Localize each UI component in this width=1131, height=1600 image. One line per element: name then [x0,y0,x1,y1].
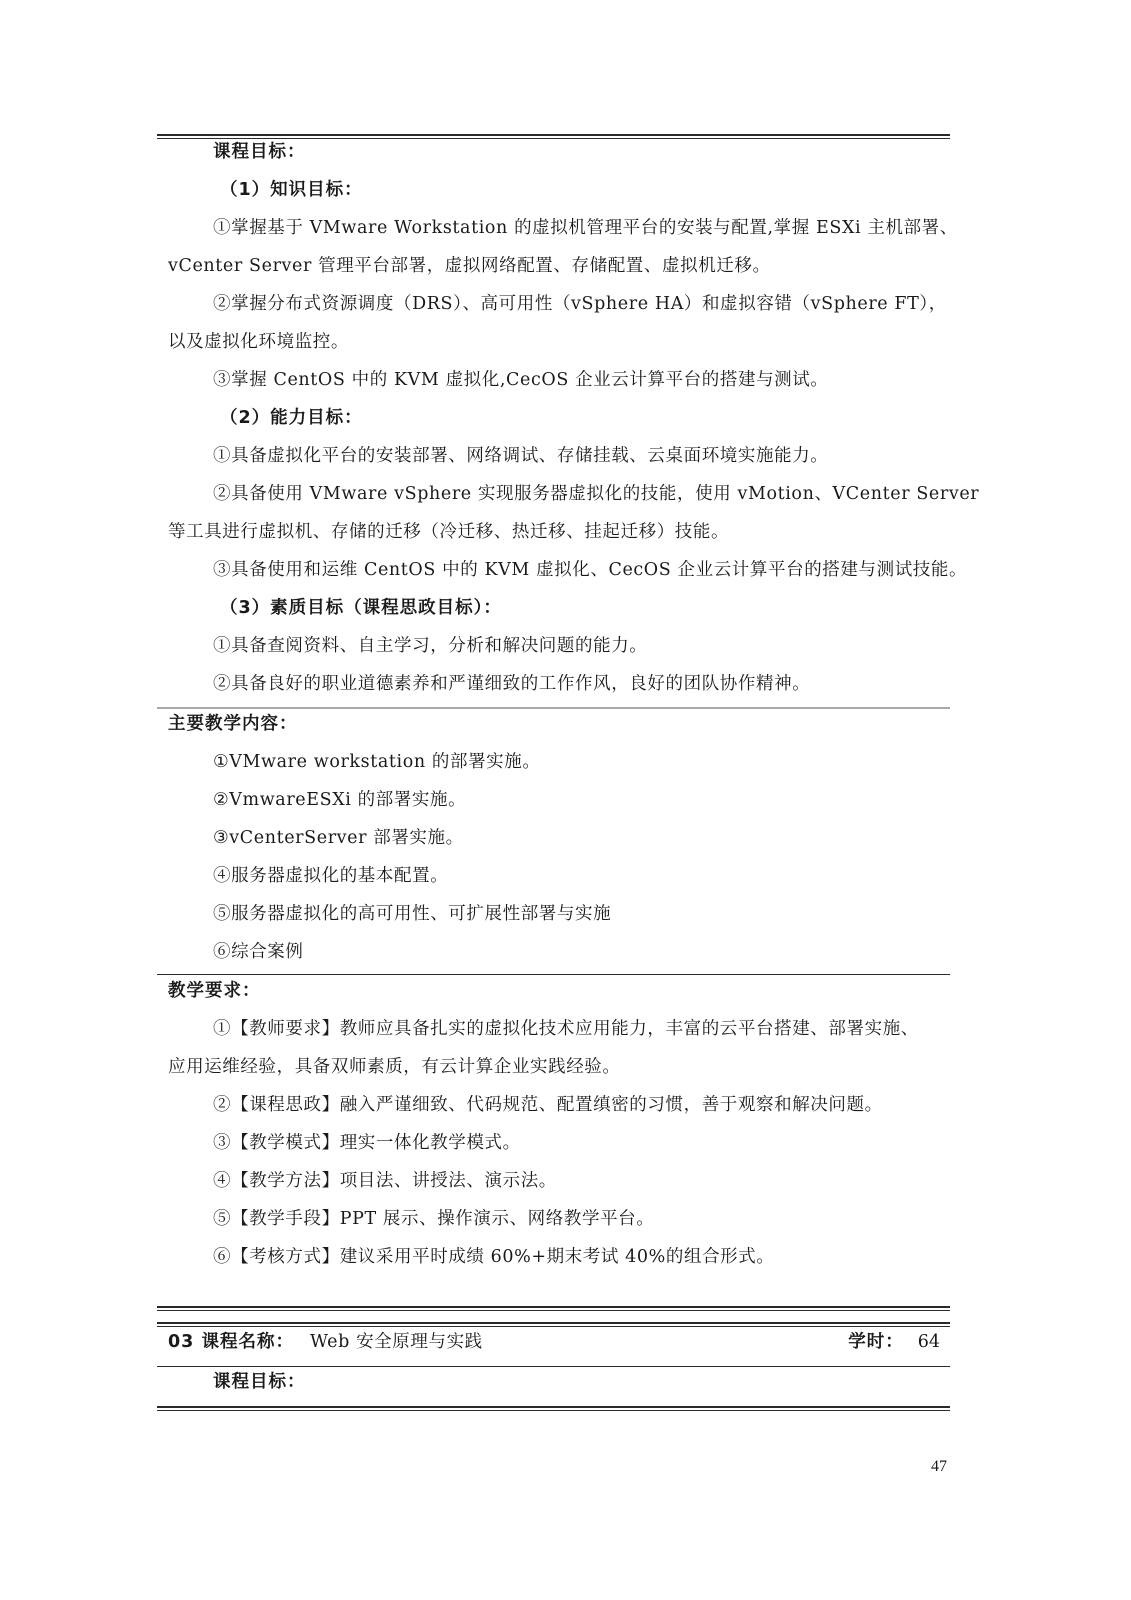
course-goals-heading: 课程目标： [213,141,306,163]
course-03-top-rule [157,1322,950,1327]
main-content-item-3: ③vCenterServer 部署实施。 [213,827,464,849]
page-number: 47 [931,1458,947,1476]
requirement-item-6: ⑥【考核方式】建议采用平时成绩 60%+期末考试 40%的组合形式。 [213,1246,774,1268]
knowledge-item-2-line-1: ②掌握分布式资源调度（DRS）、高可用性（vSphere HA）和虚拟容错（vS… [213,293,947,315]
requirement-item-1-line-1: ①【教师要求】教师应具备扎实的虚拟化技术应用能力，丰富的云平台搭建、部署实施、 [213,1018,919,1040]
course-hours: 学时：64 [848,1331,940,1353]
course-name-label: 03 课程名称： [168,1332,294,1352]
ability-item-2-line-1: ②具备使用 VMware vSphere 实现服务器虚拟化的技能，使用 vMot… [213,483,979,505]
quality-item-2: ②具备良好的职业道德素养和严谨细致的工作作风，良好的团队协作精神。 [213,673,810,695]
section-divider [157,707,950,709]
hours-value: 64 [918,1332,940,1352]
course-03-bottom-rule [157,1406,950,1411]
main-content-item-5: ⑤服务器虚拟化的高可用性、可扩展性部署与实施 [213,903,611,925]
top-double-rule [157,134,950,139]
main-content-item-2: ②VmwareESXi 的部署实施。 [213,789,466,811]
course-03-divider [157,1366,950,1367]
knowledge-item-1-line-1: ①掌握基于 VMware Workstation 的虚拟机管理平台的安装与配置,… [213,217,958,239]
requirement-item-1-line-2: 应用运维经验，具备双师素质，有云计算企业实践经验。 [168,1056,621,1078]
requirement-item-5: ⑤【教学手段】PPT 展示、操作演示、网络教学平台。 [213,1208,654,1230]
requirement-item-4: ④【教学方法】项目法、讲授法、演示法。 [213,1170,557,1192]
quality-item-1: ①具备查阅资料、自主学习，分析和解决问题的能力。 [213,635,647,657]
ability-item-2-line-2: 等工具进行虚拟机、存储的迁移（冷迁移、热迁移、挂起迁移）技能。 [168,521,729,543]
ability-item-3: ③具备使用和运维 CentOS 中的 KVM 虚拟化、CecOS 企业云计算平台… [213,559,967,581]
course-03-header-row: 03 课程名称： Web 安全原理与实践 学时：64 [168,1331,950,1353]
requirements-heading: 教学要求： [168,980,261,1002]
main-content-heading: 主要教学内容： [168,713,298,735]
quality-goals-heading: （3）素质目标（课程思政目标）： [220,597,502,619]
requirement-item-3: ③【教学模式】理实一体化教学模式。 [213,1132,521,1154]
course-03-goals-heading: 课程目标： [213,1371,306,1393]
knowledge-item-2-line-2: 以及虚拟化环境监控。 [168,331,349,353]
ability-goals-heading: （2）能力目标： [220,407,363,429]
main-content-item-6: ⑥综合案例 [213,941,304,963]
hours-label: 学时： [848,1332,904,1352]
knowledge-item-3: ③掌握 CentOS 中的 KVM 虚拟化,CecOS 企业云计算平台的搭建与测… [213,369,828,391]
main-content-item-4: ④服务器虚拟化的基本配置。 [213,865,448,887]
ability-item-1: ①具备虚拟化平台的安装部署、网络调试、存储挂载、云桌面环境实施能力。 [213,445,828,467]
requirement-item-2: ②【课程思政】融入严谨细致、代码规范、配置缜密的习惯，善于观察和解决问题。 [213,1094,883,1116]
knowledge-goals-heading: （1）知识目标： [220,179,363,201]
section-divider [157,974,950,975]
table-end-double-rule [157,1306,950,1311]
main-content-item-1: ①VMware workstation 的部署实施。 [213,751,540,773]
document-page: 课程目标： （1）知识目标： ①掌握基于 VMware Workstation … [0,0,1131,1600]
knowledge-item-1-line-2: vCenter Server 管理平台部署，虚拟网络配置、存储配置、虚拟机迁移。 [168,255,771,277]
course-name-value: Web 安全原理与实践 [310,1331,483,1353]
